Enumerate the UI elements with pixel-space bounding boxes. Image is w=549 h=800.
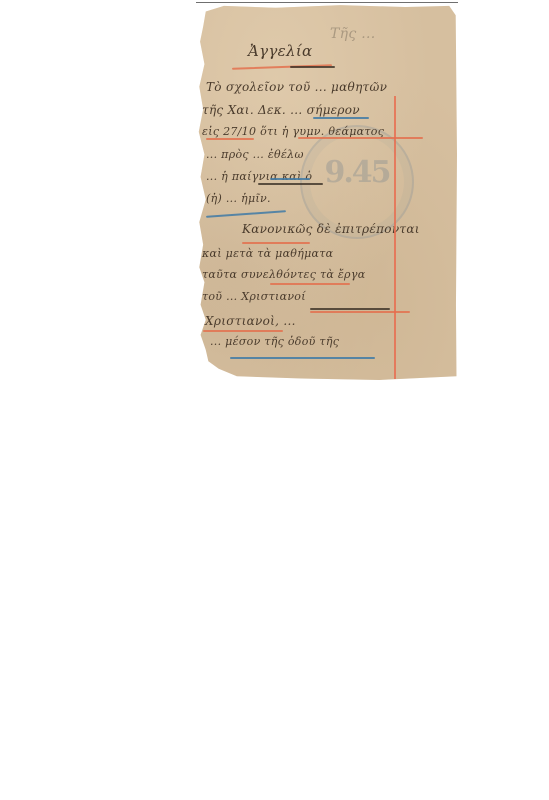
page-canvas: 9.45 Τη̃ς ... Ἀγγελία Τὸ σχολεῖον τοῦ ..…: [0, 0, 549, 800]
scan-top-border: [196, 2, 458, 3]
text-line-6: (ἡ) ... ἡμῖν.: [206, 192, 271, 205]
text-line-9: ταῦτα συνελθόντες τὰ ἔργα: [202, 268, 365, 281]
heading: Ἀγγελία: [248, 42, 312, 60]
ink-underline-1: [258, 183, 323, 185]
red-vertical-margin-line: [394, 96, 396, 379]
text-line-2: τῆς Χαι. Δεκ. ... σήμερον: [202, 103, 360, 117]
blue-underline-2: [270, 178, 310, 180]
ink-underline-2: [310, 308, 390, 310]
text-line-12: ... μέσον τῆς ὁδοῦ τῆς: [210, 335, 339, 348]
text-line-8: καὶ μετὰ τὰ μαθήματα: [202, 247, 333, 260]
red-underline-4: [270, 283, 350, 285]
text-line-10: τοῦ ... Χριστιανοί: [202, 290, 306, 303]
text-line-4: ... πρὸς ... ἐθέλω: [206, 148, 304, 161]
text-line-5: ... ἡ παίγνια καὶ ὁ: [206, 170, 312, 183]
faint-header-text: Τη̃ς ...: [330, 26, 375, 42]
red-underline-6: [203, 330, 283, 332]
blue-underline-1: [313, 117, 369, 119]
heading-ink-underline: [290, 66, 335, 68]
text-line-11: Χριστιανοὶ, ...: [205, 314, 296, 328]
stamp-text: 9.45: [322, 155, 392, 190]
text-line-1: Τὸ σχολεῖον τοῦ ... μαθητῶν: [206, 80, 387, 94]
red-underline-2: [298, 137, 423, 139]
blue-underline-4: [230, 357, 375, 359]
red-underline-1: [206, 138, 254, 140]
red-underline-3: [242, 242, 310, 244]
